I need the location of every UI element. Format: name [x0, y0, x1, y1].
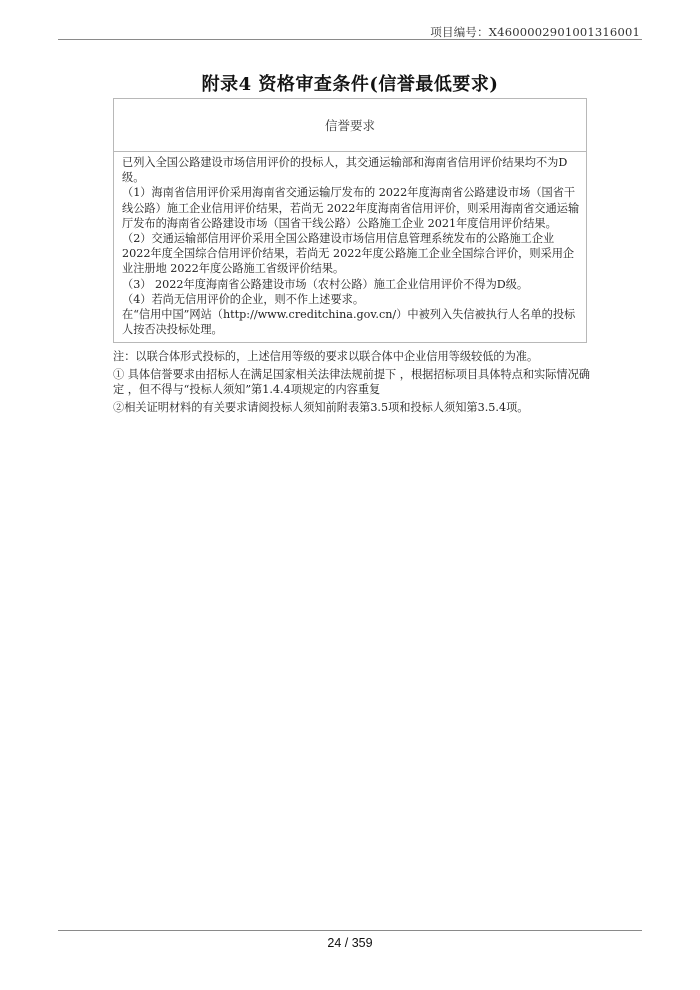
requirement-item-4: （4）若尚无信用评价的企业，则不作上述要求。	[122, 292, 580, 307]
table-header: 信誉要求	[114, 99, 586, 152]
requirement-creditchina: 在“信用中国”网站（http://www.creditchina.gov.cn/…	[122, 307, 580, 337]
page-number: 24 / 359	[0, 936, 700, 950]
table-body: 已列入全国公路建设市场信用评价的投标人，其交通运输部和海南省信用评价结果均不为D…	[114, 152, 586, 337]
note-1: ① 具体信誉要求由招标人在满足国家相关法律法规前提下 ，根据招标项目具体特点和实…	[113, 367, 593, 397]
note-consortium: 注：以联合体形式投标的，上述信用等级的要求以联合体中企业信用等级较低的为准。	[113, 349, 593, 364]
header-divider	[58, 39, 642, 40]
requirement-item-2: （2）交通运输部信用评价采用全国公路建设市场信用信息管理系统发布的公路施工企业 …	[122, 231, 580, 277]
requirement-item-3: （3） 2022年度海南省公路建设市场（农村公路）施工企业信用评价不得为D级。	[122, 277, 580, 292]
requirement-item-1: （1）海南省信用评价采用海南省交通运输厅发布的 2022年度海南省公路建设市场（…	[122, 185, 580, 231]
project-number: 项目编号：X4600002901001316001	[430, 24, 640, 40]
requirement-intro: 已列入全国公路建设市场信用评价的投标人，其交通运输部和海南省信用评价结果均不为D…	[122, 155, 580, 185]
page-title: 附录4 资格审查条件(信誉最低要求)	[0, 70, 700, 96]
footer-divider	[58, 930, 642, 931]
notes-section: 注：以联合体形式投标的，上述信用等级的要求以联合体中企业信用等级较低的为准。 ①…	[113, 349, 593, 418]
credit-requirements-table: 信誉要求 已列入全国公路建设市场信用评价的投标人，其交通运输部和海南省信用评价结…	[113, 98, 587, 343]
note-2: ②相关证明材料的有关要求请阅投标人须知前附表第3.5项和投标人须知第3.5.4项…	[113, 400, 593, 415]
